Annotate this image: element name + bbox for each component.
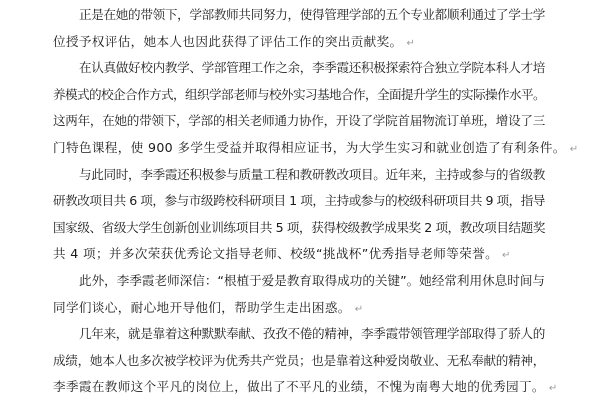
line-text: 同学们谈心，耐心地开导他们，帮助学生走出困惑。: [53, 300, 351, 315]
line-text: 国家级、省级大学生创新创业训练项目共 5 项，获得校级教学成果奖 2 项，教改项…: [53, 220, 545, 235]
paragraph-mark-icon: ↵: [549, 383, 557, 394]
text-line: 几年来，就是靠着这种默默奉献、孜孜不倦的精神，李季霞带领管理学部取得了骄人的: [53, 321, 545, 348]
text-line: 养模式的校企合作方式，组织学部老师与校外实习基地合作，全面提升学生的实际操作水平…: [53, 82, 545, 109]
line-text: 门特色课程，使 900 多学生受益并取得相应证书，为大学生实习和就业创造了有利条…: [53, 140, 566, 155]
text-line: 同学们谈心，耐心地开导他们，帮助学生走出困惑。↵: [53, 295, 545, 322]
line-text: 与此同时，李季霞还积极参与质量工程和教研教改项目。近年来，主持或参与的省级教: [79, 167, 545, 182]
text-line: 李季霞在教师这个平凡的岗位上，做出了不平凡的业绩，不愧为南粤大地的优秀园丁。↵: [53, 374, 545, 401]
paragraph-mark-icon: ↵: [570, 144, 578, 155]
paragraph-4: 此外，李季霞老师深信：“根植于爱是教育取得成功的关键”。她经常利用休息时间与 同…: [53, 268, 545, 321]
text-line: 此外，李季霞老师深信：“根植于爱是教育取得成功的关键”。她经常利用休息时间与: [53, 268, 545, 295]
line-text: 成绩，她本人也多次被学校评为优秀共产党员；也是靠着这种爱岗敬业、无私奉献的精神，: [53, 353, 545, 368]
line-text: 正是在她的带领下，学部教师共同努力，使得管理学部的五个专业都顺利通过了学士学: [79, 7, 545, 22]
document-body: 正是在她的带领下，学部教师共同努力，使得管理学部的五个专业都顺利通过了学士学 位…: [53, 2, 545, 401]
paragraph-2: 在认真做好校内教学、学部管理工作之余，李季霞还积极探索符合独立学院本科人才培 养…: [53, 55, 545, 161]
line-text: 共 4 项；并多次荣获优秀论文指导老师、校级“挑战杯”优秀指导老师等荣誉。: [53, 246, 498, 261]
text-line: 成绩，她本人也多次被学校评为优秀共产党员；也是靠着这种爱岗敬业、无私奉献的精神，: [53, 348, 545, 375]
paragraph-1: 正是在她的带领下，学部教师共同努力，使得管理学部的五个专业都顺利通过了学士学 位…: [53, 2, 545, 55]
text-line: 国家级、省级大学生创新创业训练项目共 5 项，获得校级教学成果奖 2 项，教改项…: [53, 215, 545, 242]
line-text: 位授予权评估，她本人也因此获得了评估工作的突出贡献奖。: [53, 34, 402, 49]
line-text: 这两年，在她的带领下，学部的相关老师通力协作，开设了学院首届物流订单班，增设了三: [53, 113, 545, 128]
text-line: 位授予权评估，她本人也因此获得了评估工作的突出贡献奖。↵: [53, 29, 545, 56]
text-line: 共 4 项；并多次荣获优秀论文指导老师、校级“挑战杯”优秀指导老师等荣誉。↵: [53, 241, 545, 268]
text-line: 研教改项目共 6 项，参与市级跨校科研项目 1 项，主持或参与的校级科研项目共 …: [53, 188, 545, 215]
paragraph-mark-icon: ↵: [406, 38, 414, 49]
line-text: 养模式的校企合作方式，组织学部老师与校外实习基地合作，全面提升学生的实际操作水平…: [53, 87, 545, 102]
line-text: 此外，李季霞老师深信：“根植于爱是教育取得成功的关键”。她经常利用休息时间与: [79, 273, 545, 288]
text-line: 这两年，在她的带领下，学部的相关老师通力协作，开设了学院首届物流订单班，增设了三: [53, 108, 545, 135]
line-text: 李季霞在教师这个平凡的岗位上，做出了不平凡的业绩，不愧为南粤大地的优秀园丁。: [53, 379, 545, 394]
text-line: 门特色课程，使 900 多学生受益并取得相应证书，为大学生实习和就业创造了有利条…: [53, 135, 545, 162]
paragraph-3: 与此同时，李季霞还积极参与质量工程和教研教改项目。近年来，主持或参与的省级教 研…: [53, 162, 545, 268]
text-line: 正是在她的带领下，学部教师共同努力，使得管理学部的五个专业都顺利通过了学士学: [53, 2, 545, 29]
line-text: 几年来，就是靠着这种默默奉献、孜孜不倦的精神，李季霞带领管理学部取得了骄人的: [79, 326, 545, 341]
paragraph-mark-icon: ↵: [502, 250, 510, 261]
line-text: 研教改项目共 6 项，参与市级跨校科研项目 1 项，主持或参与的校级科研项目共 …: [53, 193, 545, 208]
paragraph-mark-icon: ↵: [355, 304, 363, 315]
text-line: 与此同时，李季霞还积极参与质量工程和教研教改项目。近年来，主持或参与的省级教: [53, 162, 545, 189]
line-text: 在认真做好校内教学、学部管理工作之余，李季霞还积极探索符合独立学院本科人才培: [79, 60, 545, 75]
paragraph-5: 几年来，就是靠着这种默默奉献、孜孜不倦的精神，李季霞带领管理学部取得了骄人的 成…: [53, 321, 545, 401]
text-line: 在认真做好校内教学、学部管理工作之余，李季霞还积极探索符合独立学院本科人才培: [53, 55, 545, 82]
